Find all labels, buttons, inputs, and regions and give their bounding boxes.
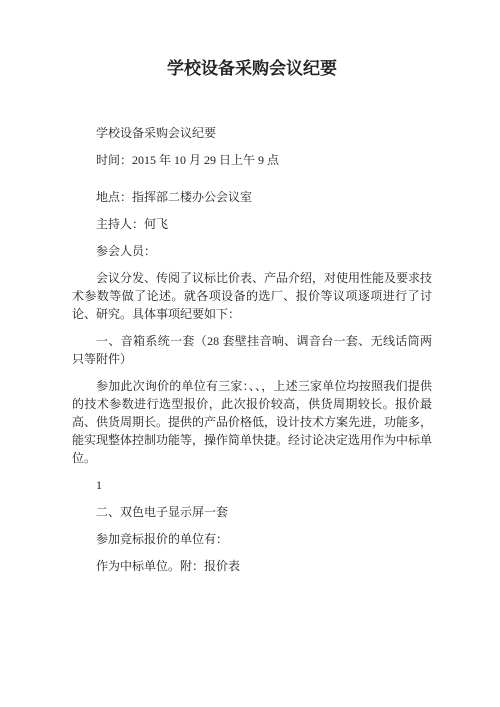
paragraph-attendees-label: 参会人员： bbox=[72, 242, 432, 260]
paragraph-item-1-title: 一、音箱系统一套（28 套壁挂音响、调音台一套、无线话筒两只等附件） bbox=[72, 332, 432, 368]
paragraph-meeting-location: 地点：指挥部二楼办公会议室 bbox=[72, 188, 432, 206]
paragraph-item-2-result: 作为中标单位。附：报价表 bbox=[72, 557, 432, 575]
paragraph-meeting-time: 时间：2015 年 10 月 29 日上午 9 点 bbox=[72, 151, 432, 169]
paragraph-item-2-title: 二、双色电子显示屏一套 bbox=[72, 503, 432, 521]
paragraph-item-1-detail: 参加此次询价的单位有三家：、、，上述三家单位均按照我们提供的技术参数进行选型报价… bbox=[72, 377, 432, 467]
document-body: 学校设备采购会议纪要 时间：2015 年 10 月 29 日上午 9 点 地点：… bbox=[72, 124, 432, 575]
document-page: 学校设备采购会议纪要 学校设备采购会议纪要 时间：2015 年 10 月 29 … bbox=[0, 0, 500, 707]
paragraph-meeting-summary: 会议分发、传阅了议标比价表、产品介绍，对使用性能及要求技术参数等做了论述。就各项… bbox=[72, 269, 432, 323]
page-number-line: 1 bbox=[72, 476, 432, 494]
paragraph-meeting-host: 主持人：何飞 bbox=[72, 215, 432, 233]
paragraph-item-2-bidders: 参加竞标报价的单位有： bbox=[72, 530, 432, 548]
paragraph-heading: 学校设备采购会议纪要 bbox=[72, 124, 432, 142]
document-title: 学校设备采购会议纪要 bbox=[72, 57, 432, 81]
